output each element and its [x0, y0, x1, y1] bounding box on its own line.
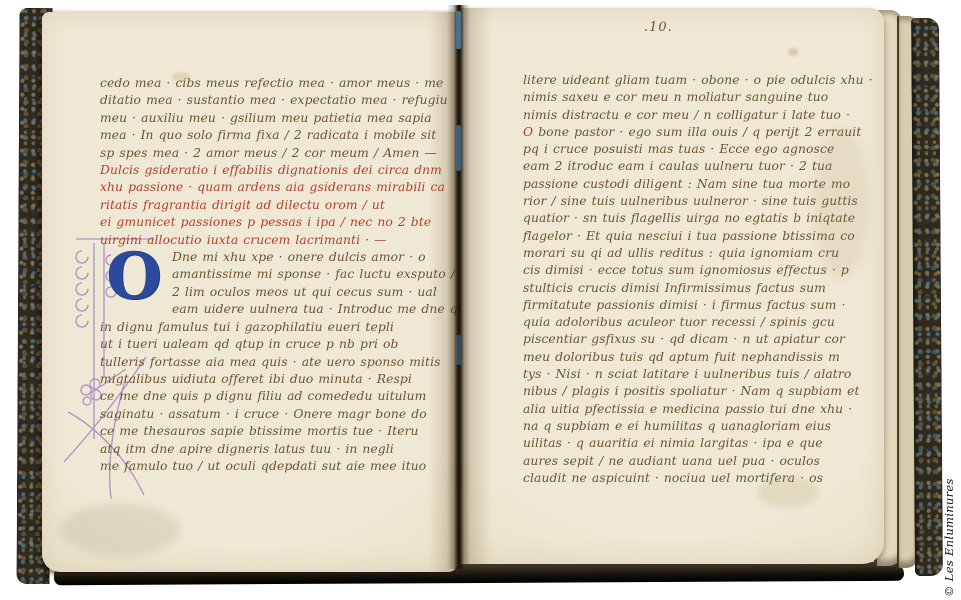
- illuminated-initial-o: O: [102, 250, 166, 305]
- manuscript-text-line: aures sepit / ne audiant uana uel pua · …: [523, 453, 875, 470]
- book-gutter: [447, 5, 470, 569]
- manuscript-text-line: saginatu · assatum · i cruce · Onere mag…: [100, 406, 448, 423]
- left-page: cedo mea · cibs meus refectio mea · amor…: [42, 12, 458, 572]
- manuscript-text-line: morari su qi ad ullis reditus : quia ign…: [523, 245, 875, 262]
- manuscript-text-line: ce me dne quis p dignu filiu ad comededu…: [100, 388, 448, 405]
- page-number: .10.: [644, 20, 673, 35]
- right-page-text-column: litere uideant gliam tuam · obone · o pi…: [523, 72, 875, 487]
- prayer-paragraph: O Dne mi xhu xpe · onere dulcis amor · o…: [100, 249, 448, 475]
- rubric-paragraph: Dulcis gsideratio i effabilis dignationi…: [100, 162, 448, 249]
- manuscript-text-line: quatior · sn tuis flagellis uirga no egt…: [523, 210, 875, 227]
- manuscript-text-line: ut i tueri ualeam qd qtup in cruce p nb …: [100, 336, 448, 353]
- manuscript-text-line: in dignu famulus tui i gazophilatiu euer…: [100, 319, 448, 336]
- manuscript-text-line: migtalibus uidiuta offeret ibi duo minut…: [100, 371, 448, 388]
- manuscript-text-line: rior / sine tuis uulneribus uulneror · s…: [523, 193, 875, 210]
- manuscript-text-line: claudit ne aspicuint · nociua uel mortif…: [523, 470, 875, 487]
- page-stain: [788, 48, 798, 56]
- manuscript-text-line: quia adoloribus aculeor tuor recessi / s…: [523, 314, 875, 331]
- manuscript-text-line: nibus / plagis i positis spoliatur · Nam…: [523, 383, 875, 400]
- manuscript-text-line: atq itm dne apire digneris latus tuu · i…: [100, 441, 448, 458]
- manuscript-text-line: ritatis fragrantia dirigit ad dilectu or…: [100, 197, 448, 214]
- manuscript-text-line: sp spes mea · 2 amor meus / 2 cor meum /…: [100, 145, 448, 162]
- manuscript-text-line: alia uitia pfectissia e medicina passio …: [523, 401, 875, 418]
- opening-paragraph: cedo mea · cibs meus refectio mea · amor…: [100, 75, 448, 162]
- manuscript-text-line: flagelor · Et quia nesciui i tua passion…: [523, 228, 875, 245]
- manuscript-text-line: tys · Nisi · n sciat latitare i uulnerib…: [523, 366, 875, 383]
- manuscript-text-line: firmitatute passionis dimisi · i firmus …: [523, 297, 875, 314]
- manuscript-photo: cedo mea · cibs meus refectio mea · amor…: [0, 0, 961, 600]
- manuscript-text-line: litere uideant gliam tuam · obone · o pi…: [523, 72, 875, 89]
- photo-credit: © Les Enluminures: [942, 478, 956, 597]
- manuscript-text-line: xhu passione · quam ardens aia gsiderans…: [100, 179, 448, 196]
- manuscript-text-line: cedo mea · cibs meus refectio mea · amor…: [100, 75, 448, 92]
- manuscript-text-line: me famulo tuo / ut oculi qdepdati sut ai…: [100, 458, 448, 475]
- manuscript-text-line: meu doloribus tuis qd aptum fuit nephand…: [523, 349, 875, 366]
- manuscript-text-line: nimis saxeu e cor meu n moliatur sanguin…: [523, 89, 875, 106]
- sewing-thread: [456, 11, 461, 49]
- manuscript-text-line: piscentiar gsfixus su · qd dicam · n ut …: [523, 331, 875, 348]
- right-cover-marbled-edge: [911, 18, 943, 576]
- sewing-thread: [456, 125, 461, 171]
- manuscript-text-line: na q supbiam e ei humilitas q uanagloria…: [523, 418, 875, 435]
- manuscript-text-line: ditatio mea · sustantio mea · expectatio…: [100, 92, 448, 109]
- manuscript-text-line: ei gmunicet passiones p pessas i ipa / n…: [100, 214, 448, 231]
- manuscript-text-line: cis dimisi · ecce totus sum ignomiosus e…: [523, 262, 875, 279]
- manuscript-text-line: O bone pastor · ego sum illa ouis / q pe…: [523, 124, 875, 141]
- manuscript-text-line: Dulcis gsideratio i effabilis dignationi…: [100, 162, 448, 179]
- sewing-thread: [456, 335, 461, 365]
- manuscript-text-line: nimis distractu e cor meu / n colligatur…: [523, 107, 875, 124]
- manuscript-text-line: passione custodi diligent : Nam sine tua…: [523, 176, 875, 193]
- right-page: .10. litere uideant gliam tuam · obone ·…: [458, 8, 884, 564]
- left-page-text-column: cedo mea · cibs meus refectio mea · amor…: [100, 75, 448, 475]
- manuscript-text-line: tulleris fortasse aia mea quis · ate uer…: [100, 354, 448, 371]
- manuscript-text-line: stulticis crucis dimisi Infirmissimus fa…: [523, 280, 875, 297]
- manuscript-text-line: uilitas · q auaritia ei nimia largitas ·…: [523, 435, 875, 452]
- manuscript-text-line: mea · In quo solo firma fixa / 2 radicat…: [100, 127, 448, 144]
- manuscript-text-line: meu · auxiliu meu · gsilium meu patietia…: [100, 110, 448, 127]
- manuscript-text-line: eam 2 itroduc eam i caulas uulneru tuor …: [523, 158, 875, 175]
- manuscript-text-line: pq i cruce posuisti mas tuas · Ecce ego …: [523, 141, 875, 158]
- manuscript-text-line: ce me thesauros sapie btissime mortis tu…: [100, 423, 448, 440]
